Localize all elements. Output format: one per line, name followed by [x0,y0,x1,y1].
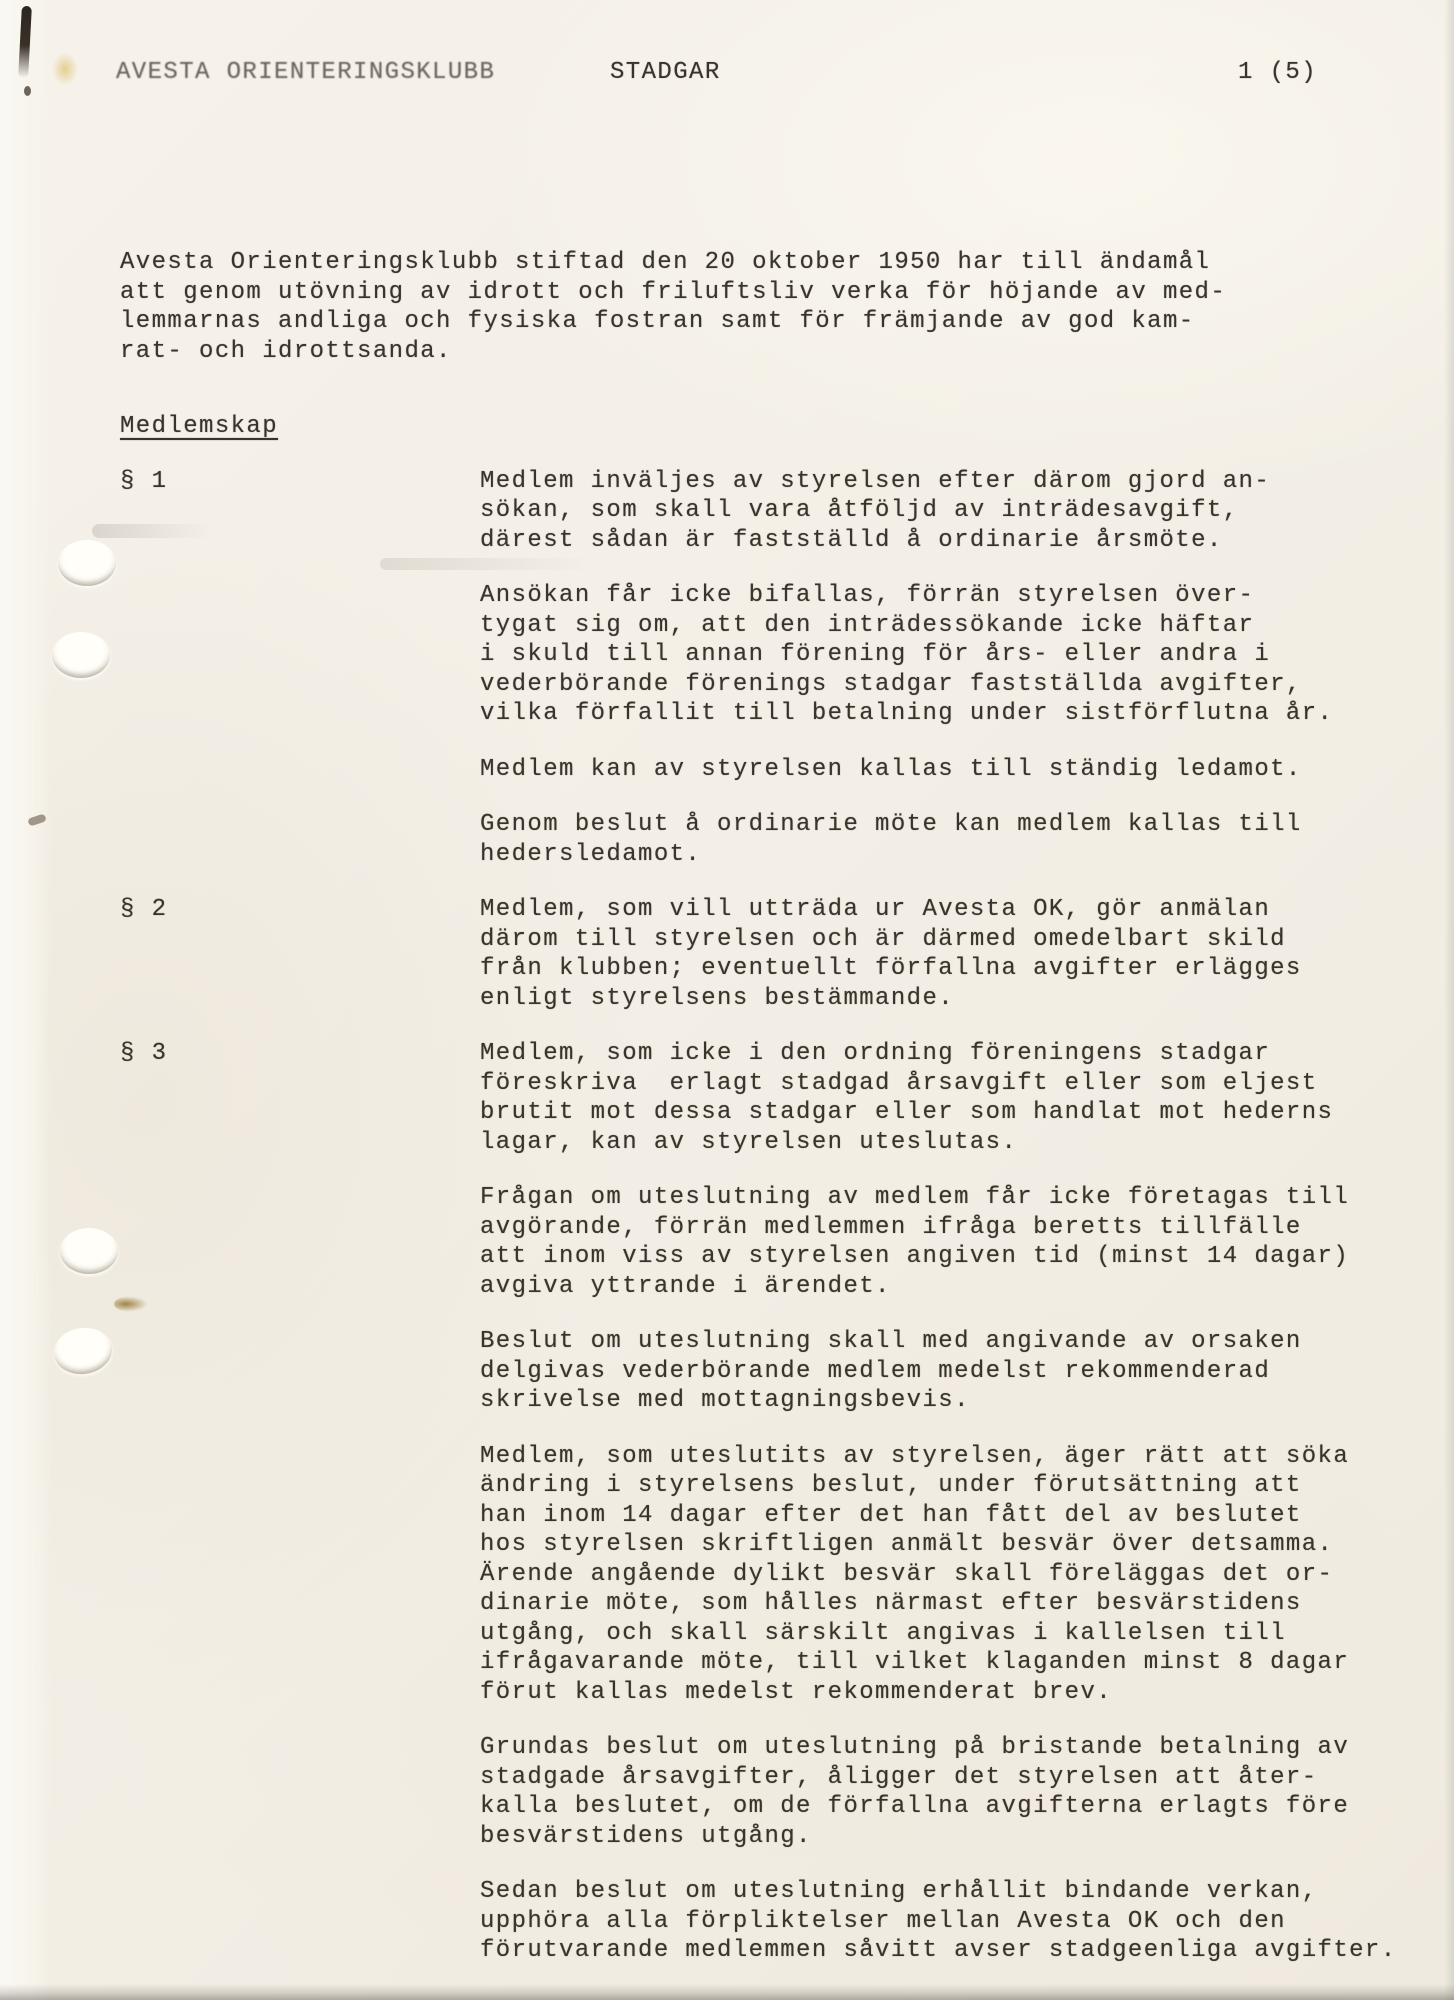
section-3: § 3 Medlem, som icke i den ordning fören… [120,1039,1400,1992]
page-header: AVESTA ORIENTERINGSKLUBB STADGAR 1 (5) [0,58,1454,88]
section-heading-medlemskap: Medlemskap [120,412,278,442]
smudge [92,524,212,538]
paragraph: Medlem, som icke i den ordning föreninge… [480,1039,1400,1157]
document-body: Avesta Orienteringsklubb stiftad den 20 … [120,248,1400,1992]
stain [114,1296,148,1312]
paragraph: Grundas beslut om uteslutning på bristan… [480,1733,1400,1851]
organization-name: AVESTA ORIENTERINGSKLUBB [116,58,495,88]
section-1-body: Medlem inväljes av styrelsen efter därom… [480,467,1400,896]
section-1: § 1 Medlem inväljes av styrelsen efter d… [120,467,1400,896]
punch-hole [52,632,110,678]
paragraph: Ansökan får icke bifallas, förrän styrel… [480,581,1400,729]
smudge [380,558,590,570]
section-2-label: § 2 [120,895,480,925]
scan-edge-bottom [0,1984,1454,2000]
stain [52,52,78,86]
scan-edge-left [0,0,52,2000]
paragraph: Beslut om uteslutning skall med angivand… [480,1327,1400,1416]
paragraph: Medlem kan av styrelsen kallas till stän… [480,755,1400,785]
paper-sheet: AVESTA ORIENTERINGSKLUBB STADGAR 1 (5) A… [0,0,1454,2000]
intro-paragraph: Avesta Orienteringsklubb stiftad den 20 … [120,248,1400,366]
section-3-body: Medlem, som icke i den ordning föreninge… [480,1039,1400,1992]
section-2: § 2 Medlem, som vill utträda ur Avesta O… [120,895,1400,1039]
section-3-label: § 3 [120,1039,480,1069]
scan-edge-right [1444,0,1454,2000]
punch-hole [58,540,116,586]
paragraph: Frågan om uteslutning av medlem får icke… [480,1183,1400,1301]
section-1-label: § 1 [120,467,480,497]
paragraph: Medlem, som uteslutits av styrelsen, äge… [480,1442,1400,1708]
document-title: STADGAR [610,58,721,88]
paragraph: Medlem, som vill utträda ur Avesta OK, g… [480,895,1400,1013]
scanned-document-page: { "document": { "header": { "organizatio… [0,0,1454,2000]
punch-hole [60,1228,118,1274]
paragraph: Sedan beslut om uteslutning erhållit bin… [480,1877,1400,1966]
paragraph: Medlem inväljes av styrelsen efter därom… [480,467,1400,556]
ink-dot [24,86,31,96]
page-number: 1 (5) [1238,58,1317,88]
paragraph: Genom beslut å ordinarie möte kan medlem… [480,810,1400,869]
punch-hole [51,1324,115,1378]
section-2-body: Medlem, som vill utträda ur Avesta OK, g… [480,895,1400,1039]
